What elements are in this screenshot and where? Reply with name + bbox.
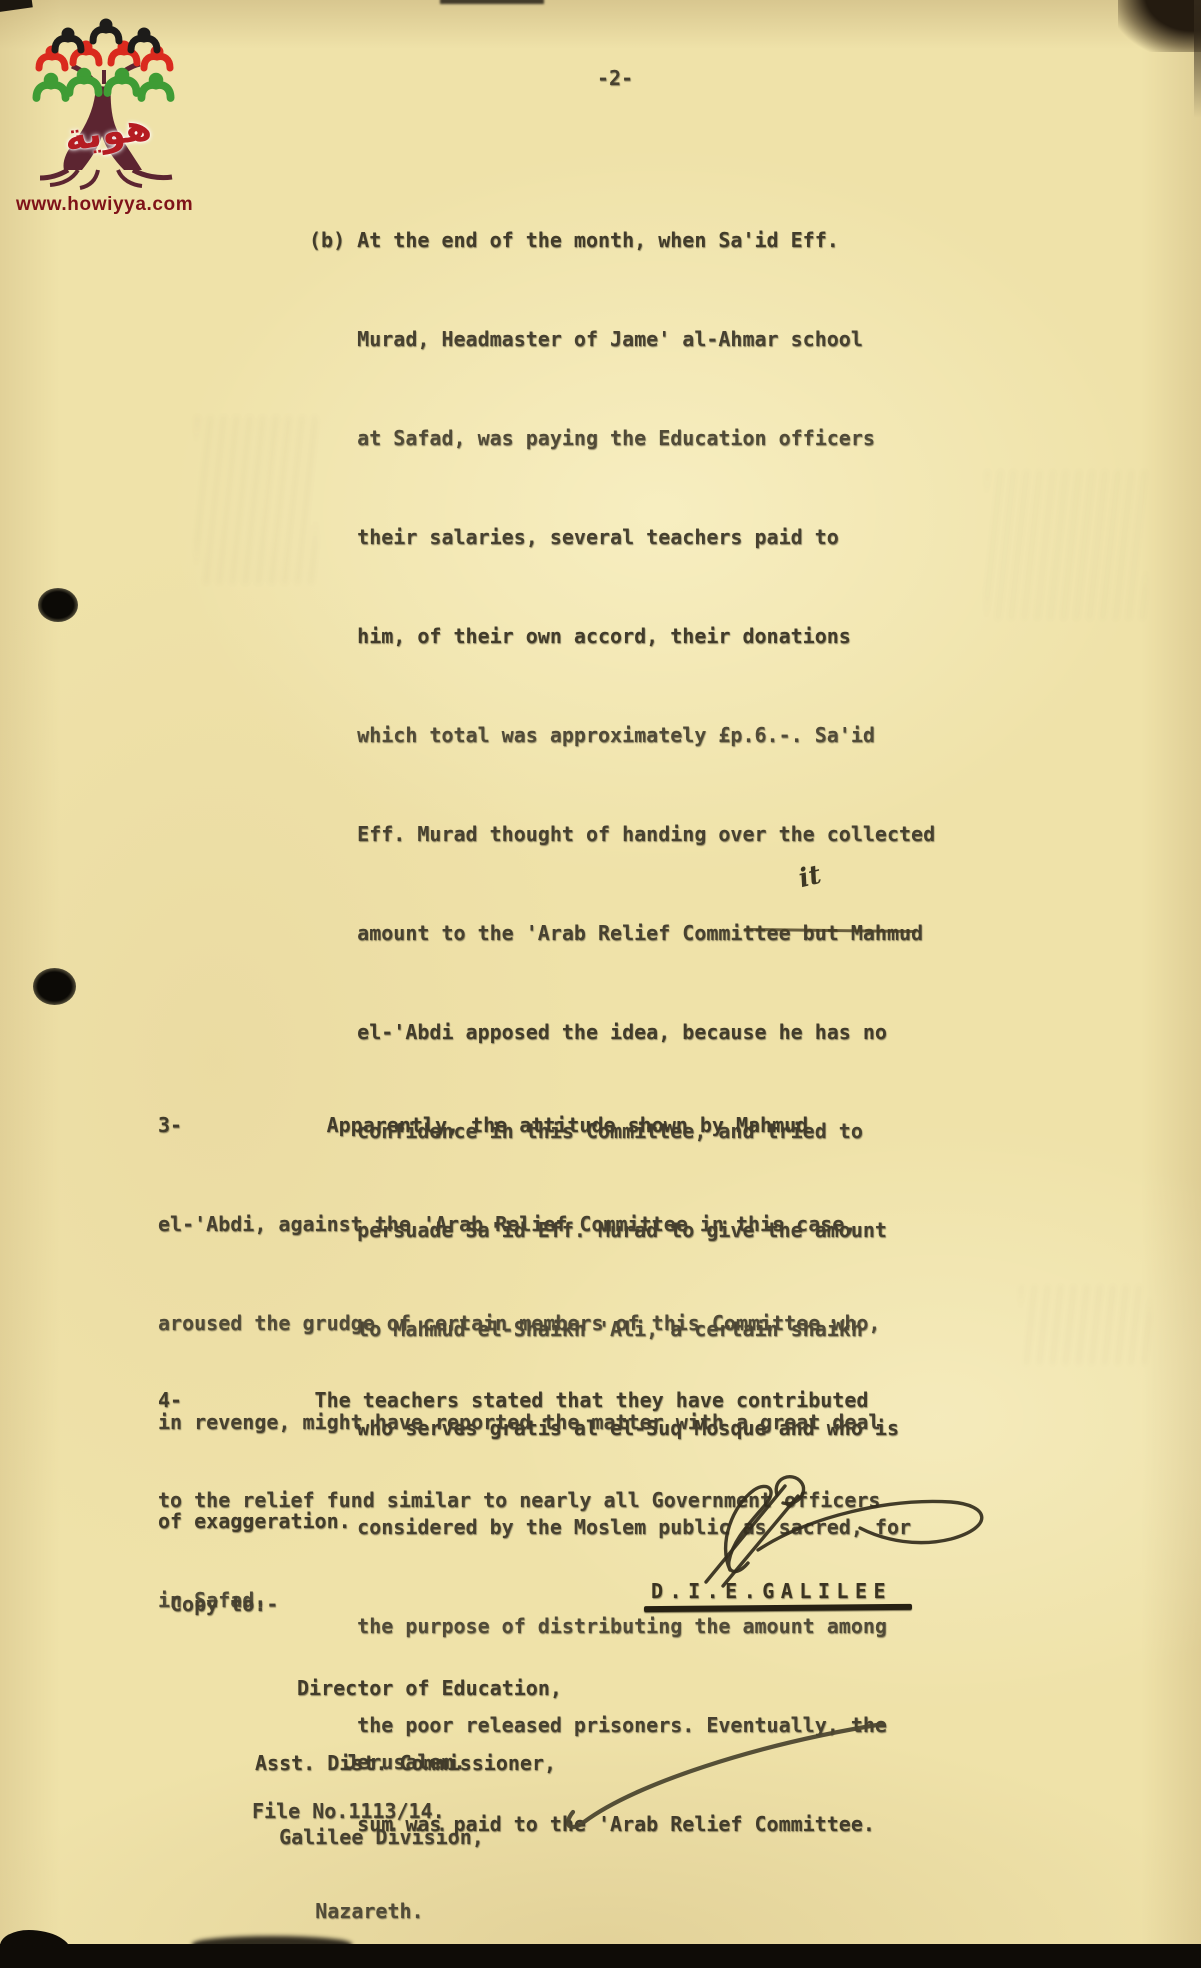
paragraph-4-line: 4- The teachers stated that they have co… — [158, 1374, 880, 1426]
scan-edge-top — [440, 0, 544, 4]
file-reference: File No.1113/14. — [252, 1797, 445, 1825]
bleed-through-smudge — [1020, 1285, 1150, 1365]
bleed-through-smudge — [986, 470, 1146, 620]
paragraph-b-line: (b) At the end of the month, when Sa'id … — [309, 215, 935, 266]
howiyya-tree-logo — [38, 20, 178, 192]
paragraph-b-line: him, of their own accord, their donation… — [309, 611, 935, 662]
watermark-site-url: www.howiyya.com — [16, 194, 193, 216]
paragraph-b-line: their salaries, several teachers paid to — [309, 512, 935, 563]
paragraph-b-line: el-'Abdi apposed the idea, because he ha… — [309, 1007, 935, 1058]
recipient-line: Asst. Dist. Commissioner, — [255, 1750, 556, 1776]
hole-punch-bottom — [33, 968, 76, 1005]
paragraph-b-line: at Safad, was paying the Education offic… — [309, 413, 935, 464]
scan-edge-top-left — [0, 0, 33, 13]
scan-edge-bottom — [0, 1944, 1201, 1968]
hole-punch-top — [38, 588, 78, 622]
copy-recipient-commissioner: Asst. Dist. Commissioner, Galilee Divisi… — [255, 1702, 556, 1968]
recipient-line: Director of Education, — [297, 1675, 562, 1701]
handwritten-signature — [688, 1468, 1018, 1593]
recipient-line: Galilee Division, — [255, 1824, 556, 1850]
paragraph-b-line: Eff. Murad thought of handing over the c… — [309, 809, 935, 860]
scan-edge-top-right — [1118, 0, 1201, 52]
handwritten-flourish — [545, 1698, 905, 1838]
paragraph-3-line: el-'Abdi, against the 'Arab Relief Commi… — [158, 1199, 880, 1250]
bleed-through-smudge — [196, 416, 316, 584]
paragraph-b-line: amount to the 'Arab Relief Committee but… — [309, 908, 935, 959]
scan-edge-right — [1194, 0, 1201, 118]
signatory-typed-name: D.I.E.GALILEE — [651, 1578, 892, 1604]
recipient-line: Nazareth. — [255, 1898, 556, 1924]
people-row-black — [55, 19, 157, 51]
scanned-document-page: هوية www.howiyya.com -2- (b) At the end … — [0, 0, 1201, 1968]
paragraph-b-line: which total was approximately £p.6.-. Sa… — [309, 710, 935, 761]
copy-to-label: Copy to:- — [170, 1592, 278, 1616]
page-number: -2- — [597, 64, 633, 92]
paragraph-3-line: 3- Apparently, the attitude shown by Mah… — [158, 1100, 880, 1151]
paragraph-b-line: Murad, Headmaster of Jame' al-Ahmar scho… — [309, 314, 935, 365]
